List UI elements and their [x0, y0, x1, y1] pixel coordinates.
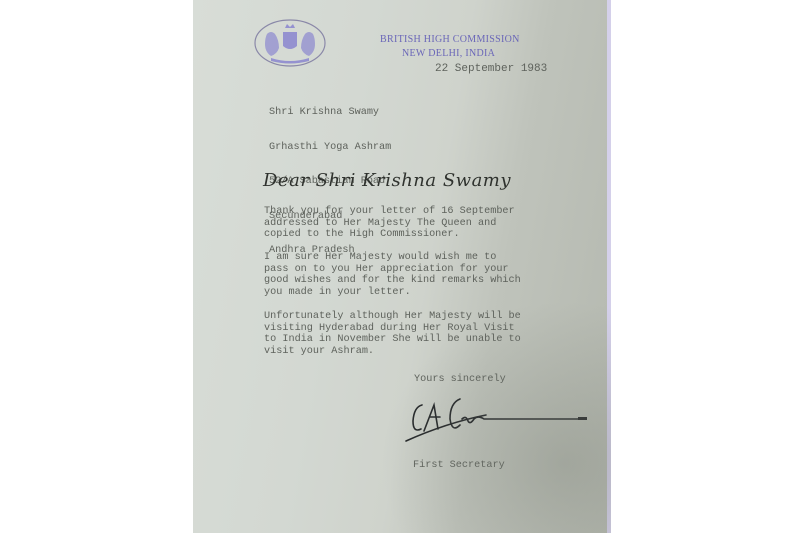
- address-line: Shri Krishna Swamy: [269, 107, 391, 119]
- royal-coat-of-arms-icon: [253, 18, 327, 68]
- body-paragraph: Unfortunately although Her Majesty will …: [264, 311, 521, 357]
- letterhead-line-1: BRITISH HIGH COMMISSION: [380, 33, 562, 47]
- body-paragraph: I am sure Her Majesty would wish me to p…: [264, 252, 521, 298]
- address-line: Grhasthi Yoga Ashram: [269, 142, 391, 154]
- signatory-title: First Secretary: [413, 460, 505, 472]
- closing: Yours sincerely: [414, 374, 506, 386]
- body-paragraph: Thank you for your letter of 16 Septembe…: [264, 206, 515, 241]
- letterhead-line-2: NEW DELHI, INDIA: [402, 47, 562, 61]
- handwritten-greeting: Dear Shri Krishna Swamy: [263, 170, 511, 191]
- letter-date: 22 September 1983: [435, 64, 547, 76]
- letterhead: BRITISH HIGH COMMISSION NEW DELHI, INDIA: [362, 33, 562, 61]
- signature: [400, 393, 600, 458]
